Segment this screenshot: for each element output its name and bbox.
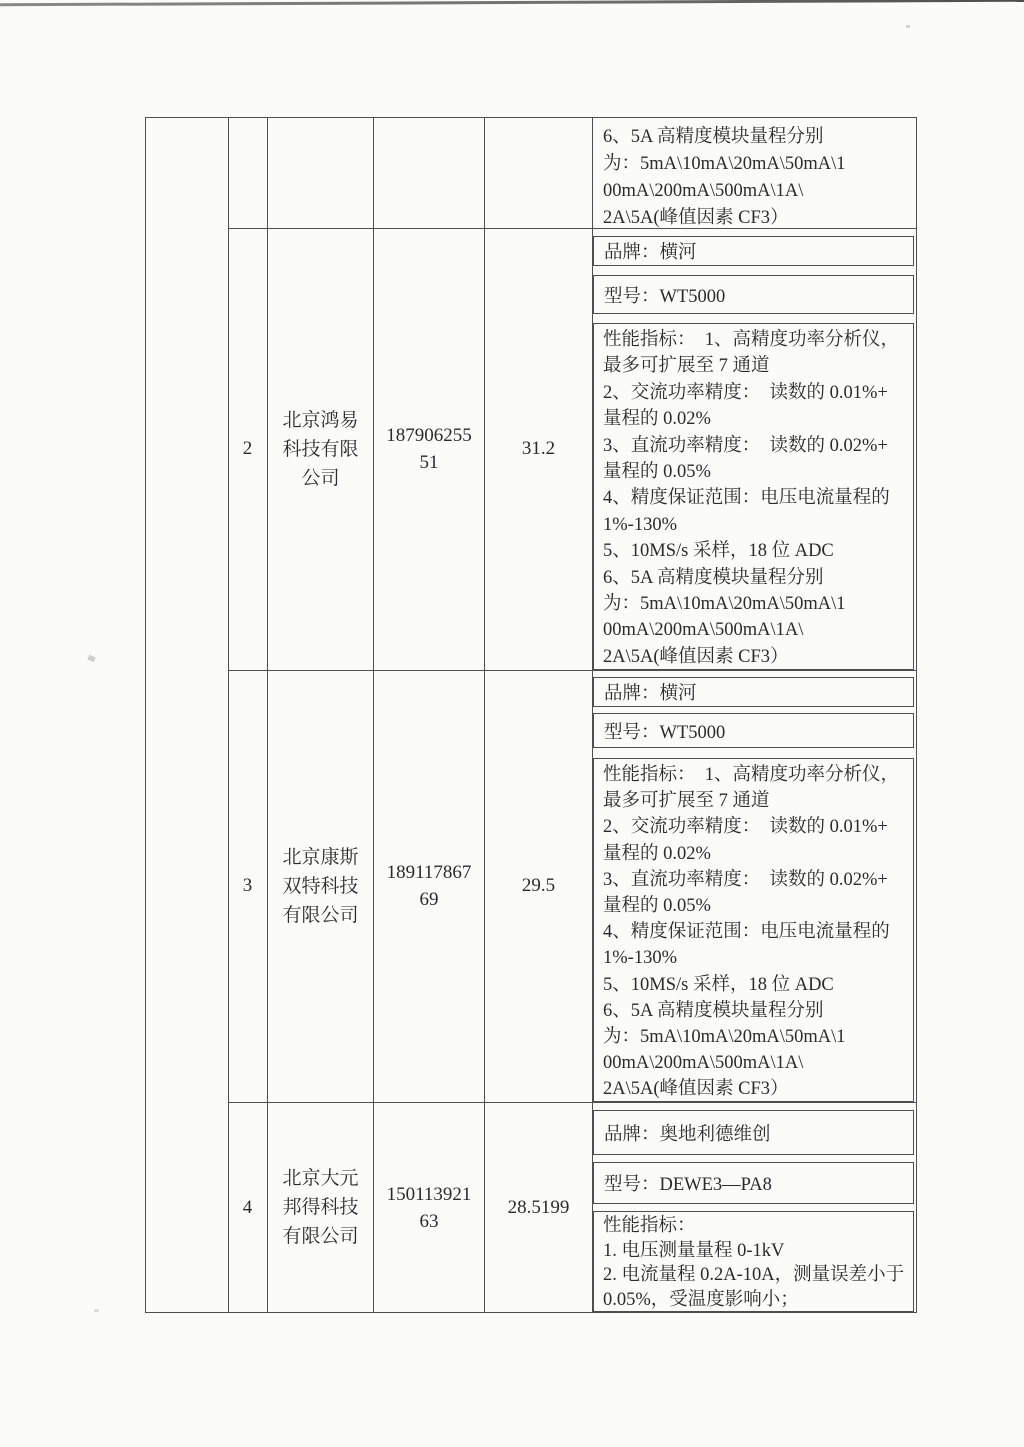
- spec-box: 性能指标： 1、高精度功率分析仪， 最多可扩展至 7 通道 2、交流功率精度： …: [593, 758, 914, 1102]
- brand-box: 品牌：奥地利德维创: [593, 1110, 914, 1155]
- price-cell: 31.2: [485, 228, 592, 670]
- scanned-document-page: 6、5A 高精度模块量程分别 为：5mA\10mA\20mA\50mA\1 00…: [0, 0, 1024, 1447]
- model-box: 型号：DEWE3—PA8: [593, 1162, 914, 1204]
- scan-edge-artifact: [0, 0, 1024, 6]
- supplier-name-cell: 北京大元 邦得科技 有限公司: [268, 1102, 373, 1313]
- spec-box: 性能指标： 1. 电压测量量程 0-1kV 2. 电流量程 0.2A-10A，测…: [593, 1211, 914, 1312]
- supplier-name-cell: 北京鸿易 科技有限 公司: [268, 228, 373, 670]
- model-box: 型号：WT5000: [593, 713, 914, 748]
- spec-box: 性能指标： 1、高精度功率分析仪， 最多可扩展至 7 通道 2、交流功率精度： …: [593, 323, 914, 670]
- scan-speck: [906, 25, 910, 28]
- phone-cell: 189117867 69: [374, 670, 484, 1102]
- price-cell: 29.5: [485, 670, 592, 1102]
- scan-speck: [94, 1309, 99, 1312]
- spec-continuation-text: 6、5A 高精度模块量程分别 为：5mA\10mA\20mA\50mA\1 00…: [593, 118, 915, 227]
- brand-box: 品牌：横河: [593, 236, 914, 266]
- brand-box: 品牌：横河: [593, 677, 914, 707]
- seq-cell: 4: [229, 1102, 266, 1313]
- seq-cell: 2: [229, 228, 266, 670]
- scan-speck: [87, 655, 95, 662]
- seq-cell: 3: [229, 670, 266, 1102]
- price-cell: 28.5199: [485, 1102, 592, 1313]
- model-box: 型号：WT5000: [593, 275, 914, 314]
- supplier-name-cell: 北京康斯 双特科技 有限公司: [268, 670, 373, 1102]
- phone-cell: 187906255 51: [374, 228, 484, 670]
- phone-cell: 150113921 63: [374, 1102, 484, 1313]
